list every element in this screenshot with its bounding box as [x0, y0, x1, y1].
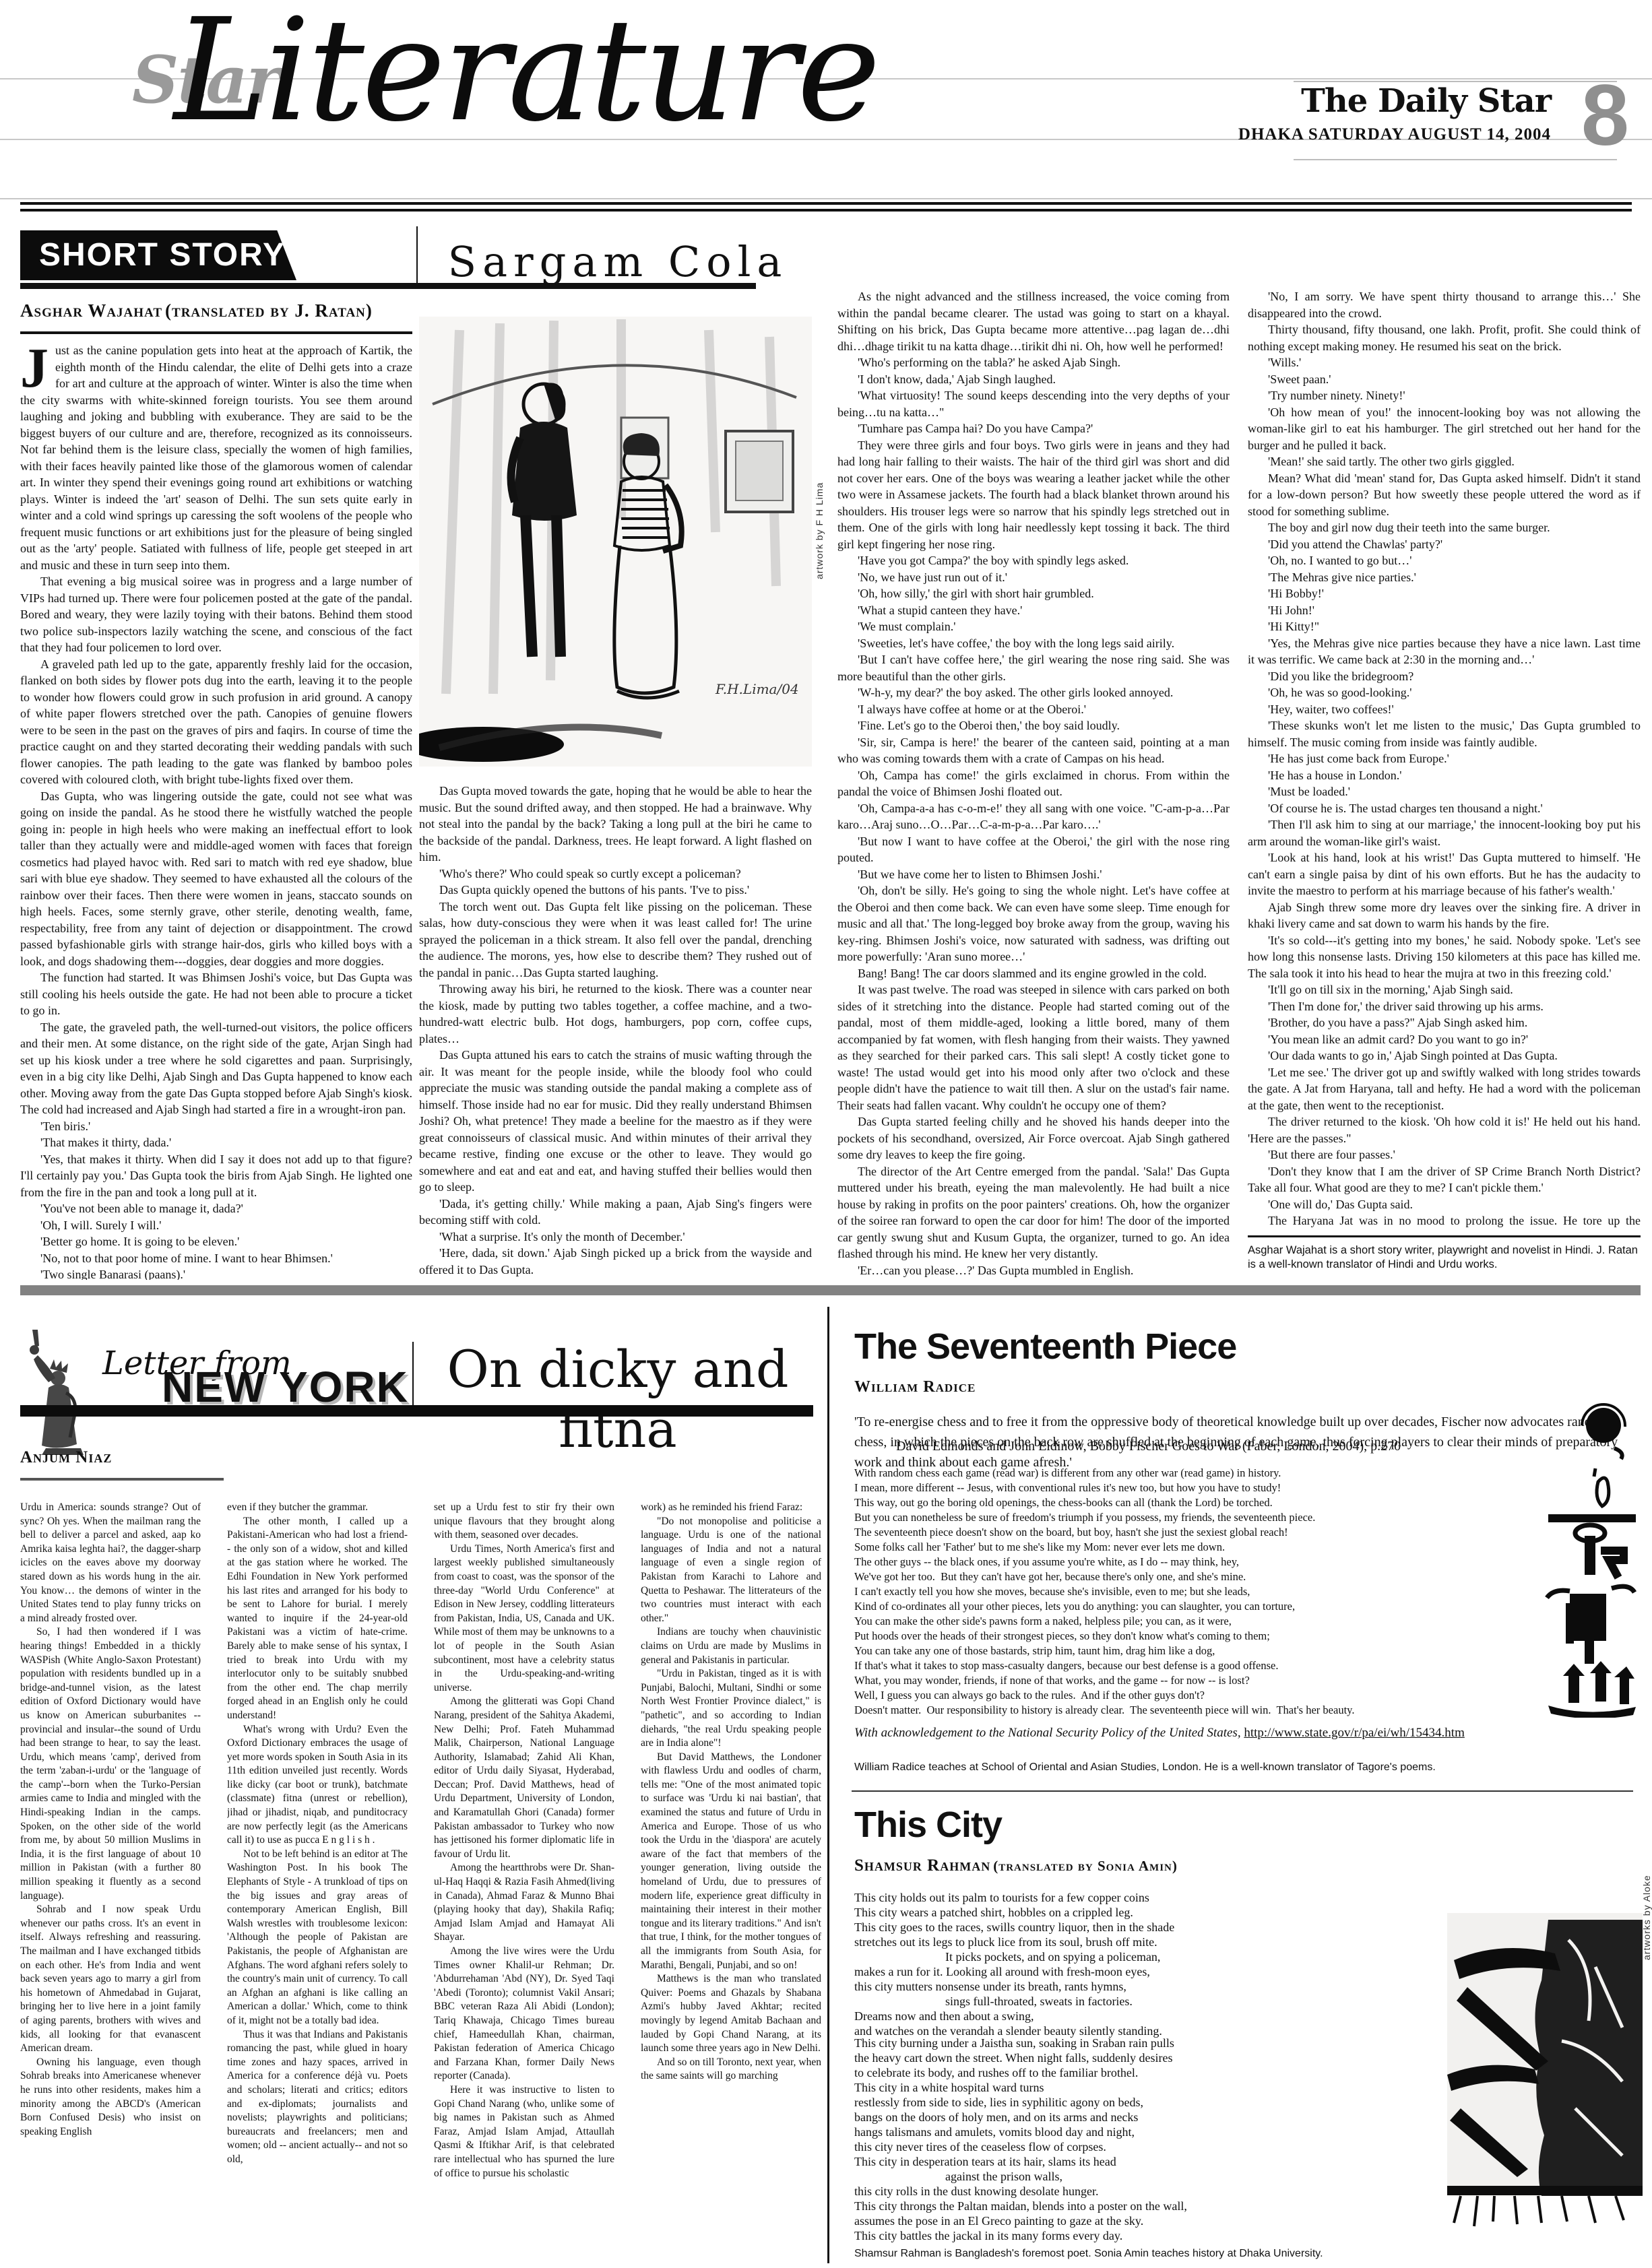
seventeenth-acknowledgement: With acknowledgement to the National Sec… [854, 1726, 1636, 1741]
masthead-literature: Literature [174, 0, 878, 153]
poem-line: Doesn't matter. Our responsibility to hi… [854, 1703, 1528, 1718]
ny-paragraph: Not to be left behind is an editor at Th… [227, 1848, 408, 2028]
ny-column-3: set up a Urdu fest to stir fry their own… [434, 1501, 614, 2259]
story-paragraph: 'But I can't have coffee here,' the girl… [837, 651, 1230, 684]
ny-paragraph: "Urdu in Pakistan, tinged as it is with … [641, 1667, 821, 1751]
story-paragraph: 'I always have coffee at home or at the … [837, 701, 1230, 718]
story-author-bio: Asghar Wajahat is a short story writer, … [1248, 1243, 1641, 1272]
story-paragraph: The boy and girl now dug their teeth int… [1248, 519, 1641, 536]
story-paragraph: Thirty thousand, fifty thousand, one lak… [1248, 321, 1641, 354]
artwork-credit: artwork by F H Lima [814, 418, 825, 579]
story-paragraph: 'Tumhare pas Campa hai? Do you have Camp… [837, 420, 1230, 437]
ny-paragraph: Sohrab and I now speak Urdu whenever our… [20, 1903, 201, 2056]
story-paragraph: 'Brother, do you have a pass?" Ajab Sing… [1248, 1014, 1641, 1031]
header-double-rule-bottom [20, 209, 1632, 212]
story-paragraph: Mean? What did 'mean' stand for, Das Gup… [1248, 470, 1641, 520]
ny-headline: On dicky and fitna [423, 1339, 813, 1459]
story-paragraph: The Haryana Jat was in no mood to prolon… [1248, 1212, 1641, 1231]
story-paragraph: A graveled path led up to the gate, appa… [20, 656, 412, 788]
story-paragraph: 'Sweet paan.' [1248, 371, 1641, 388]
story-paragraph: 'Yes, the Mehras give nice parties becau… [1248, 635, 1641, 668]
story-paragraph: 'Fine. Let's go to the Oberoi then,' the… [837, 717, 1230, 734]
poem-line: You can take any one of those bastards, … [854, 1644, 1528, 1658]
seventeenth-bottom-rule [852, 1790, 1633, 1792]
ny-paragraph: Among the glitterati was Gopi Chand Nara… [434, 1695, 614, 1861]
story-author: Asghar Wajahat [20, 300, 162, 321]
story-paragraph: 'Don't they know that I am the driver of… [1248, 1163, 1641, 1196]
story-paragraph: 'Wills.' [1248, 354, 1641, 371]
ny-column-1: Urdu in America: sounds strange? Out of … [20, 1501, 201, 2259]
story-paragraph: The director of the Art Centre emerged f… [837, 1163, 1230, 1262]
ack-text: With acknowledgement to the National Sec… [854, 1726, 1244, 1740]
poem-line: This city in a white hospital ward turns [854, 2080, 1461, 2095]
story-paragraph: 'Sir, sir, Campa is here!' the bearer of… [837, 734, 1230, 767]
poem-line: against the prison walls, [854, 2169, 1461, 2184]
story-paragraph: 'Try number ninety. Ninety!' [1248, 387, 1641, 404]
story-paragraph: The torch went out. Das Gupta felt like … [419, 899, 812, 981]
seventeenth-poem: With random chess each game (read war) i… [854, 1466, 1528, 1722]
poem-line: What, you may wonder, friends, if none o… [854, 1673, 1528, 1688]
story-paragraph: 'Dada, it's getting chilly.' While makin… [419, 1196, 812, 1229]
story-paragraph: 'Did you like the bridegroom? [1248, 668, 1641, 685]
poem-line: I can't exactly tell you how she moves, … [854, 1584, 1528, 1599]
ny-paragraph: What's wrong with Urdu? Even the Oxford … [227, 1723, 408, 1848]
story-headline: Sargam Cola [423, 237, 813, 286]
paper-name: The Daily Star [1301, 82, 1551, 120]
thiscity-stanza-1: This city holds out its palm to tourists… [854, 1890, 1461, 2044]
byline-rule [20, 331, 412, 334]
story-column-1: Just as the canine population gets into … [20, 342, 412, 1280]
story-paragraph: 'But now I want to have coffee at the Ob… [837, 833, 1230, 866]
poem-line: This city throngs the Paltan maidan, ble… [854, 2199, 1461, 2213]
poem-line: the heavy cart down the street. When nig… [854, 2050, 1461, 2065]
story-paragraph: 'No, not to that poor home of mine. I wa… [20, 1250, 412, 1267]
svg-text:F.H.Lima/04: F.H.Lima/04 [715, 681, 799, 697]
story-paragraph: 'Oh, don't be silly. He's going to sing … [837, 882, 1230, 965]
story-paragraph: 'Did you attend the Chawlas' party?' [1248, 536, 1641, 553]
masthead-ruled-line [0, 198, 1652, 199]
story-translator-note: (translated by J. Ratan) [165, 300, 373, 321]
poem-line: assumes the pose in an El Greco painting… [854, 2213, 1461, 2228]
seventeenth-byline: William Radice [854, 1378, 976, 1396]
ny-paragraph: Indians are touchy when chauvinistic cla… [641, 1625, 821, 1667]
poem-line: sings full-throated, sweats in factories… [854, 1994, 1461, 2009]
ny-paragraph: So, I had then wondered if I was hearing… [20, 1625, 201, 1903]
story-paragraph: 'But we have come her to listen to Bhims… [837, 866, 1230, 883]
story-paragraph: Throwing away his biri, he returned to t… [419, 981, 812, 1047]
story-paragraph: 'Oh, how silly,' the girl with short hai… [837, 585, 1230, 602]
story-paragraph: The function had started. It was Bhimsen… [20, 969, 412, 1019]
story-paragraph: They were three girls and four boys. Two… [837, 437, 1230, 553]
story-paragraph: 'You've not been able to manage it, dada… [20, 1200, 412, 1217]
thiscity-byline: Shamsur Rahman (translated by Sonia Amin… [854, 1856, 1178, 1875]
poem-line: restlessly from side to side, lies in sy… [854, 2095, 1461, 2110]
ny-paragraph: And so on till Toronto, next year, when … [641, 2056, 821, 2083]
story-paragraph: 'Who's there?' Who could speak so curtly… [419, 866, 812, 882]
story-paragraph: The driver returned to the kiosk. 'Oh ho… [1248, 1113, 1641, 1146]
poem-line: We've got her too. But they can't have g… [854, 1569, 1528, 1584]
story-paragraph: 'The Mehras give nice parties.' [1248, 569, 1641, 586]
story-byline: Asghar Wajahat (translated by J. Ratan) [20, 300, 373, 321]
statue-of-liberty-icon [23, 1328, 98, 1456]
story-paragraph: 'Who's performing on the tabla?' he aske… [837, 354, 1230, 371]
poem-line: Well, I guess you can always go back to … [854, 1688, 1528, 1703]
ny-logo-main: NEW YORK [162, 1362, 409, 1412]
poem-line: The seventeenth piece doesn't show on th… [854, 1525, 1528, 1540]
poem-line: Put hoods over the heads of their strong… [854, 1629, 1528, 1644]
story-paragraph: 'Sweeties, let's have coffee,' the boy w… [837, 635, 1230, 652]
poem-line: Kind of co-ordinates all your other piec… [854, 1599, 1528, 1614]
poem-line: Dreams now and then about a swing, [854, 2009, 1461, 2023]
story-paragraph: 'No, we have just run out of it.' [837, 569, 1230, 586]
poem-line: It picks pockets, and on spying a police… [854, 1949, 1461, 1964]
story-paragraph: 'But there are four passes.' [1248, 1146, 1641, 1163]
story-column-4: 'No, I am sorry. We have spent thirty th… [1248, 288, 1641, 1231]
city-cart-artwork [1447, 1819, 1643, 2250]
seventeenth-author-bio: William Radice teaches at School of Orie… [854, 1761, 1629, 1774]
story-paragraph: 'Oh how mean of you!' the innocent-looki… [1248, 404, 1641, 454]
poem-line: this city never tires of the ceaseless f… [854, 2139, 1461, 2154]
poem-line: This city in desperation tears at its ha… [854, 2154, 1461, 2169]
ny-paragraph: work) as he reminded his friend Faraz: [641, 1501, 821, 1515]
story-paragraph: 'That makes it thirty, dada.' [20, 1134, 412, 1151]
story-illustration: F.H.Lima/04 [419, 317, 812, 767]
poem-line: to celebrate its body, and rushes off to… [854, 2065, 1461, 2080]
thiscity-stanza-2: This city burning under a Jaistha sun, s… [854, 2036, 1461, 2246]
story-paragraph: 'He has a house in London.' [1248, 767, 1641, 784]
ny-paragraph: Among the heartthrobs were Dr. Shan-ul-H… [434, 1861, 614, 1945]
gallery-sketch-image: F.H.Lima/04 [419, 317, 812, 767]
story-paragraph: 'Of course he is. The ustad charges ten … [1248, 800, 1641, 817]
poem-line: this city mutters nonsense under its bre… [854, 1979, 1461, 1994]
poem-line: stretches out its legs to pluck lice fro… [854, 1935, 1461, 1949]
story-paragraph: 'Hi John!' [1248, 602, 1641, 619]
header-vertical-rule [416, 226, 418, 284]
ny-paragraph: Among the live wires were the Urdu Times… [434, 1945, 614, 2083]
story-paragraph: Ajab Singh threw some more dry leaves ov… [1248, 899, 1641, 932]
poem-line: This city burning under a Jaistha sun, s… [854, 2036, 1461, 2050]
story-bio-rule [1248, 1235, 1641, 1237]
poem-line: This city goes to the races, swills coun… [854, 1920, 1461, 1935]
story-paragraph: 'Oh, Campa has come!' the girls exclaime… [837, 767, 1230, 800]
story-paragraph: It was past twelve. The road was steeped… [837, 981, 1230, 1113]
section-divider-bar [20, 1285, 1641, 1295]
poem-line: makes a run for it. Looking all around w… [854, 1964, 1461, 1979]
story-paragraph: 'Here, dada, sit down.' Ajab Singh picke… [419, 1245, 812, 1278]
bottom-artwork-credit: artworks by Aloke [1641, 1812, 1652, 1960]
story-paragraph: 'Oh, Campa-a-a has c-o-m-e!' they all sa… [837, 800, 1230, 833]
story-paragraph: 'Oh, I will. Surely I will.' [20, 1217, 412, 1234]
story-paragraph: 'We must complain.' [837, 618, 1230, 635]
ny-paragraph: But David Matthews, the Londoner with fl… [641, 1751, 821, 1973]
ny-paragraph: set up a Urdu fest to stir fry their own… [434, 1501, 614, 1543]
story-paragraph: Das Gupta quickly opened the buttons of … [419, 882, 812, 899]
ny-black-bar [20, 1405, 813, 1417]
section-kicker: SHORT STORY [20, 230, 296, 280]
poem-line: This city holds out its palm to tourists… [854, 1890, 1461, 1905]
seventeenth-attribution: David Edmonds and John Eidinow, Bobby Fi… [896, 1439, 1570, 1454]
ny-paragraph: Matthews is the man who translated Quive… [641, 1972, 821, 2056]
poem-line: But you can nonetheless be sure of freed… [854, 1510, 1528, 1525]
bottom-vertical-rule [827, 1307, 829, 2263]
story-paragraph: 'It's so cold---it's getting into my bon… [1248, 932, 1641, 982]
story-paragraph: 'You mean like an admit card? Do you wan… [1248, 1031, 1641, 1048]
story-paragraph: 'I don't know, dada,' Ajab Singh laughed… [837, 371, 1230, 388]
ny-paragraph: The other month, I called up a Pakistani… [227, 1515, 408, 1723]
poem-line: hangs talismans and amulets, vomits bloo… [854, 2125, 1461, 2139]
poem-line: With random chess each game (read war) i… [854, 1466, 1528, 1481]
ny-paragraph: Urdu Times, North America's first and la… [434, 1543, 614, 1695]
poem-line: this city rolls in the dust knowing deso… [854, 2184, 1461, 2199]
story-paragraph: 'What a surprise. It's only the month of… [419, 1229, 812, 1245]
story-paragraph: 'What virtuosity! The sound keeps descen… [837, 387, 1230, 420]
section-kicker-box: SHORT STORY [20, 230, 296, 280]
poem-line: Some folks call her 'Father' but to me s… [854, 1540, 1528, 1555]
paper-box-line [1294, 159, 1617, 160]
poem-line: This city battles the jackal in its many… [854, 2228, 1461, 2243]
story-paragraph: 'No, I am sorry. We have spent thirty th… [1248, 288, 1641, 321]
story-paragraph: 'Have you got Campa?' the boy with spind… [837, 552, 1230, 569]
story-column-3: As the night advanced and the stillness … [837, 288, 1230, 1280]
thiscity-headline: This City [854, 1804, 1002, 1846]
poem-line: If that's what it takes to stop mass-cas… [854, 1658, 1528, 1673]
story-paragraph: The gate, the graveled path, the well-tu… [20, 1019, 412, 1118]
ack-url: http://www.state.gov/r/pa/ei/wh/15434.ht… [1244, 1726, 1465, 1740]
ny-byline-rule [20, 1478, 224, 1481]
story-paragraph: 'He has just come back from Europe.' [1248, 750, 1641, 767]
story-paragraph: Das Gupta started feeling chilly and he … [837, 1113, 1230, 1163]
story-paragraph: She did not care to hear him properly. S… [837, 1278, 1230, 1280]
newspaper-page: Star Literature The Daily Star DHAKA SAT… [0, 0, 1652, 2268]
story-paragraph: That evening a big musical soiree was in… [20, 573, 412, 656]
story-paragraph: Das Gupta, who was lingering outside the… [20, 788, 412, 970]
story-paragraph: 'These skunks won't let me listen to the… [1248, 717, 1641, 750]
story-paragraph: 'Hi Kitty!" [1248, 618, 1641, 635]
seventeenth-headline: The Seventeenth Piece [854, 1326, 1236, 1367]
ny-vertical-rule [412, 1342, 414, 1405]
header-double-rule-top [20, 202, 1632, 205]
story-paragraph: 'Let me see.' The driver got up and swif… [1248, 1064, 1641, 1114]
poem-line: This way, out go the boring old openings… [854, 1495, 1528, 1510]
story-paragraph: 'Er…can you please…?' Das Gupta mumbled … [837, 1262, 1230, 1279]
ny-column-2: even if they butcher the grammar.The oth… [227, 1501, 408, 2259]
ny-paragraph: "Do not monopolise and politicise a lang… [641, 1515, 821, 1626]
story-paragraph: 'Must be loaded.' [1248, 783, 1641, 800]
poem-line: This city wears a patched shirt, hobbles… [854, 1905, 1461, 1920]
story-paragraph: 'Look at his hand, look at his wrist!' D… [1248, 849, 1641, 899]
poem-line: You can make the other side's pawns form… [854, 1614, 1528, 1629]
ny-paragraph: Urdu in America: sounds strange? Out of … [20, 1501, 201, 1625]
poem-line: The other guys -- the black ones, if you… [854, 1555, 1528, 1569]
dateline: DHAKA SATURDAY AUGUST 14, 2004 [1238, 125, 1551, 144]
story-paragraph: 'Then I'm done for,' the driver said thr… [1248, 998, 1641, 1015]
ny-paragraph: even if they butcher the grammar. [227, 1501, 408, 1515]
story-paragraph: 'Oh, no. I wanted to go but…' [1248, 552, 1641, 569]
ny-paragraph: Here it was instructive to listen to Gop… [434, 2083, 614, 2180]
story-column-2: Das Gupta moved towards the gate, hoping… [419, 783, 812, 1281]
thiscity-translator-note: (translated by Sonia Amin) [993, 1858, 1178, 1874]
poem-line: I mean, more different -- Jesus, with co… [854, 1481, 1528, 1495]
story-paragraph: 'What a stupid canteen they have.' [837, 602, 1230, 619]
story-paragraph: 'It'll go on till six in the morning,' A… [1248, 981, 1641, 998]
story-paragraph: Das Gupta moved towards the gate, hoping… [419, 783, 812, 866]
thiscity-author-bio: Shamsur Rahman is Bangladesh's foremost … [854, 2247, 1528, 2261]
story-paragraph: As the night advanced and the stillness … [837, 288, 1230, 354]
story-paragraph: 'Then I'll ask him to sing at our marria… [1248, 816, 1641, 849]
story-paragraph: 'Mean!' she said tartly. The other two g… [1248, 453, 1641, 470]
story-paragraph: 'Hey, waiter, two coffees!' [1248, 701, 1641, 718]
story-paragraph: 'Our dada wants to go in,' Ajab Singh po… [1248, 1047, 1641, 1064]
story-paragraph: Das Gupta attuned his ears to catch the … [419, 1047, 812, 1196]
ny-paragraph: Owning his language, even though Sohrab … [20, 2056, 201, 2139]
story-paragraph: Just as the canine population gets into … [20, 342, 412, 573]
ny-byline: Anjum Niaz [20, 1448, 112, 1467]
ny-paragraph: Thus it was that Indians and Pakistanis … [227, 2028, 408, 2167]
story-paragraph: 'One will do,' Das Gupta said. [1248, 1196, 1641, 1213]
story-paragraph: Bang! Bang! The car doors slammed and it… [837, 965, 1230, 982]
story-paragraph: 'Hi Bobby!' [1248, 585, 1641, 602]
story-paragraph: 'Two single Banarasi (paans).' [20, 1266, 412, 1280]
story-paragraph: 'Yes, that makes it thirty. When did I s… [20, 1151, 412, 1201]
chess-totem-artwork [1528, 1401, 1649, 1718]
poem-line: bangs on the doors of holy men, and on i… [854, 2110, 1461, 2125]
story-paragraph: 'Oh, he was so good-looking.' [1248, 684, 1641, 701]
story-paragraph: 'W-h-y, my dear?' the boy asked. The oth… [837, 684, 1230, 701]
story-paragraph: 'Ten biris.' [20, 1118, 412, 1135]
ny-column-4: work) as he reminded his friend Faraz:"D… [641, 1501, 821, 2259]
thiscity-author: Shamsur Rahman [854, 1856, 990, 1875]
story-paragraph: 'Better go home. It is going to be eleve… [20, 1233, 412, 1250]
page-number: 8 [1581, 73, 1629, 159]
